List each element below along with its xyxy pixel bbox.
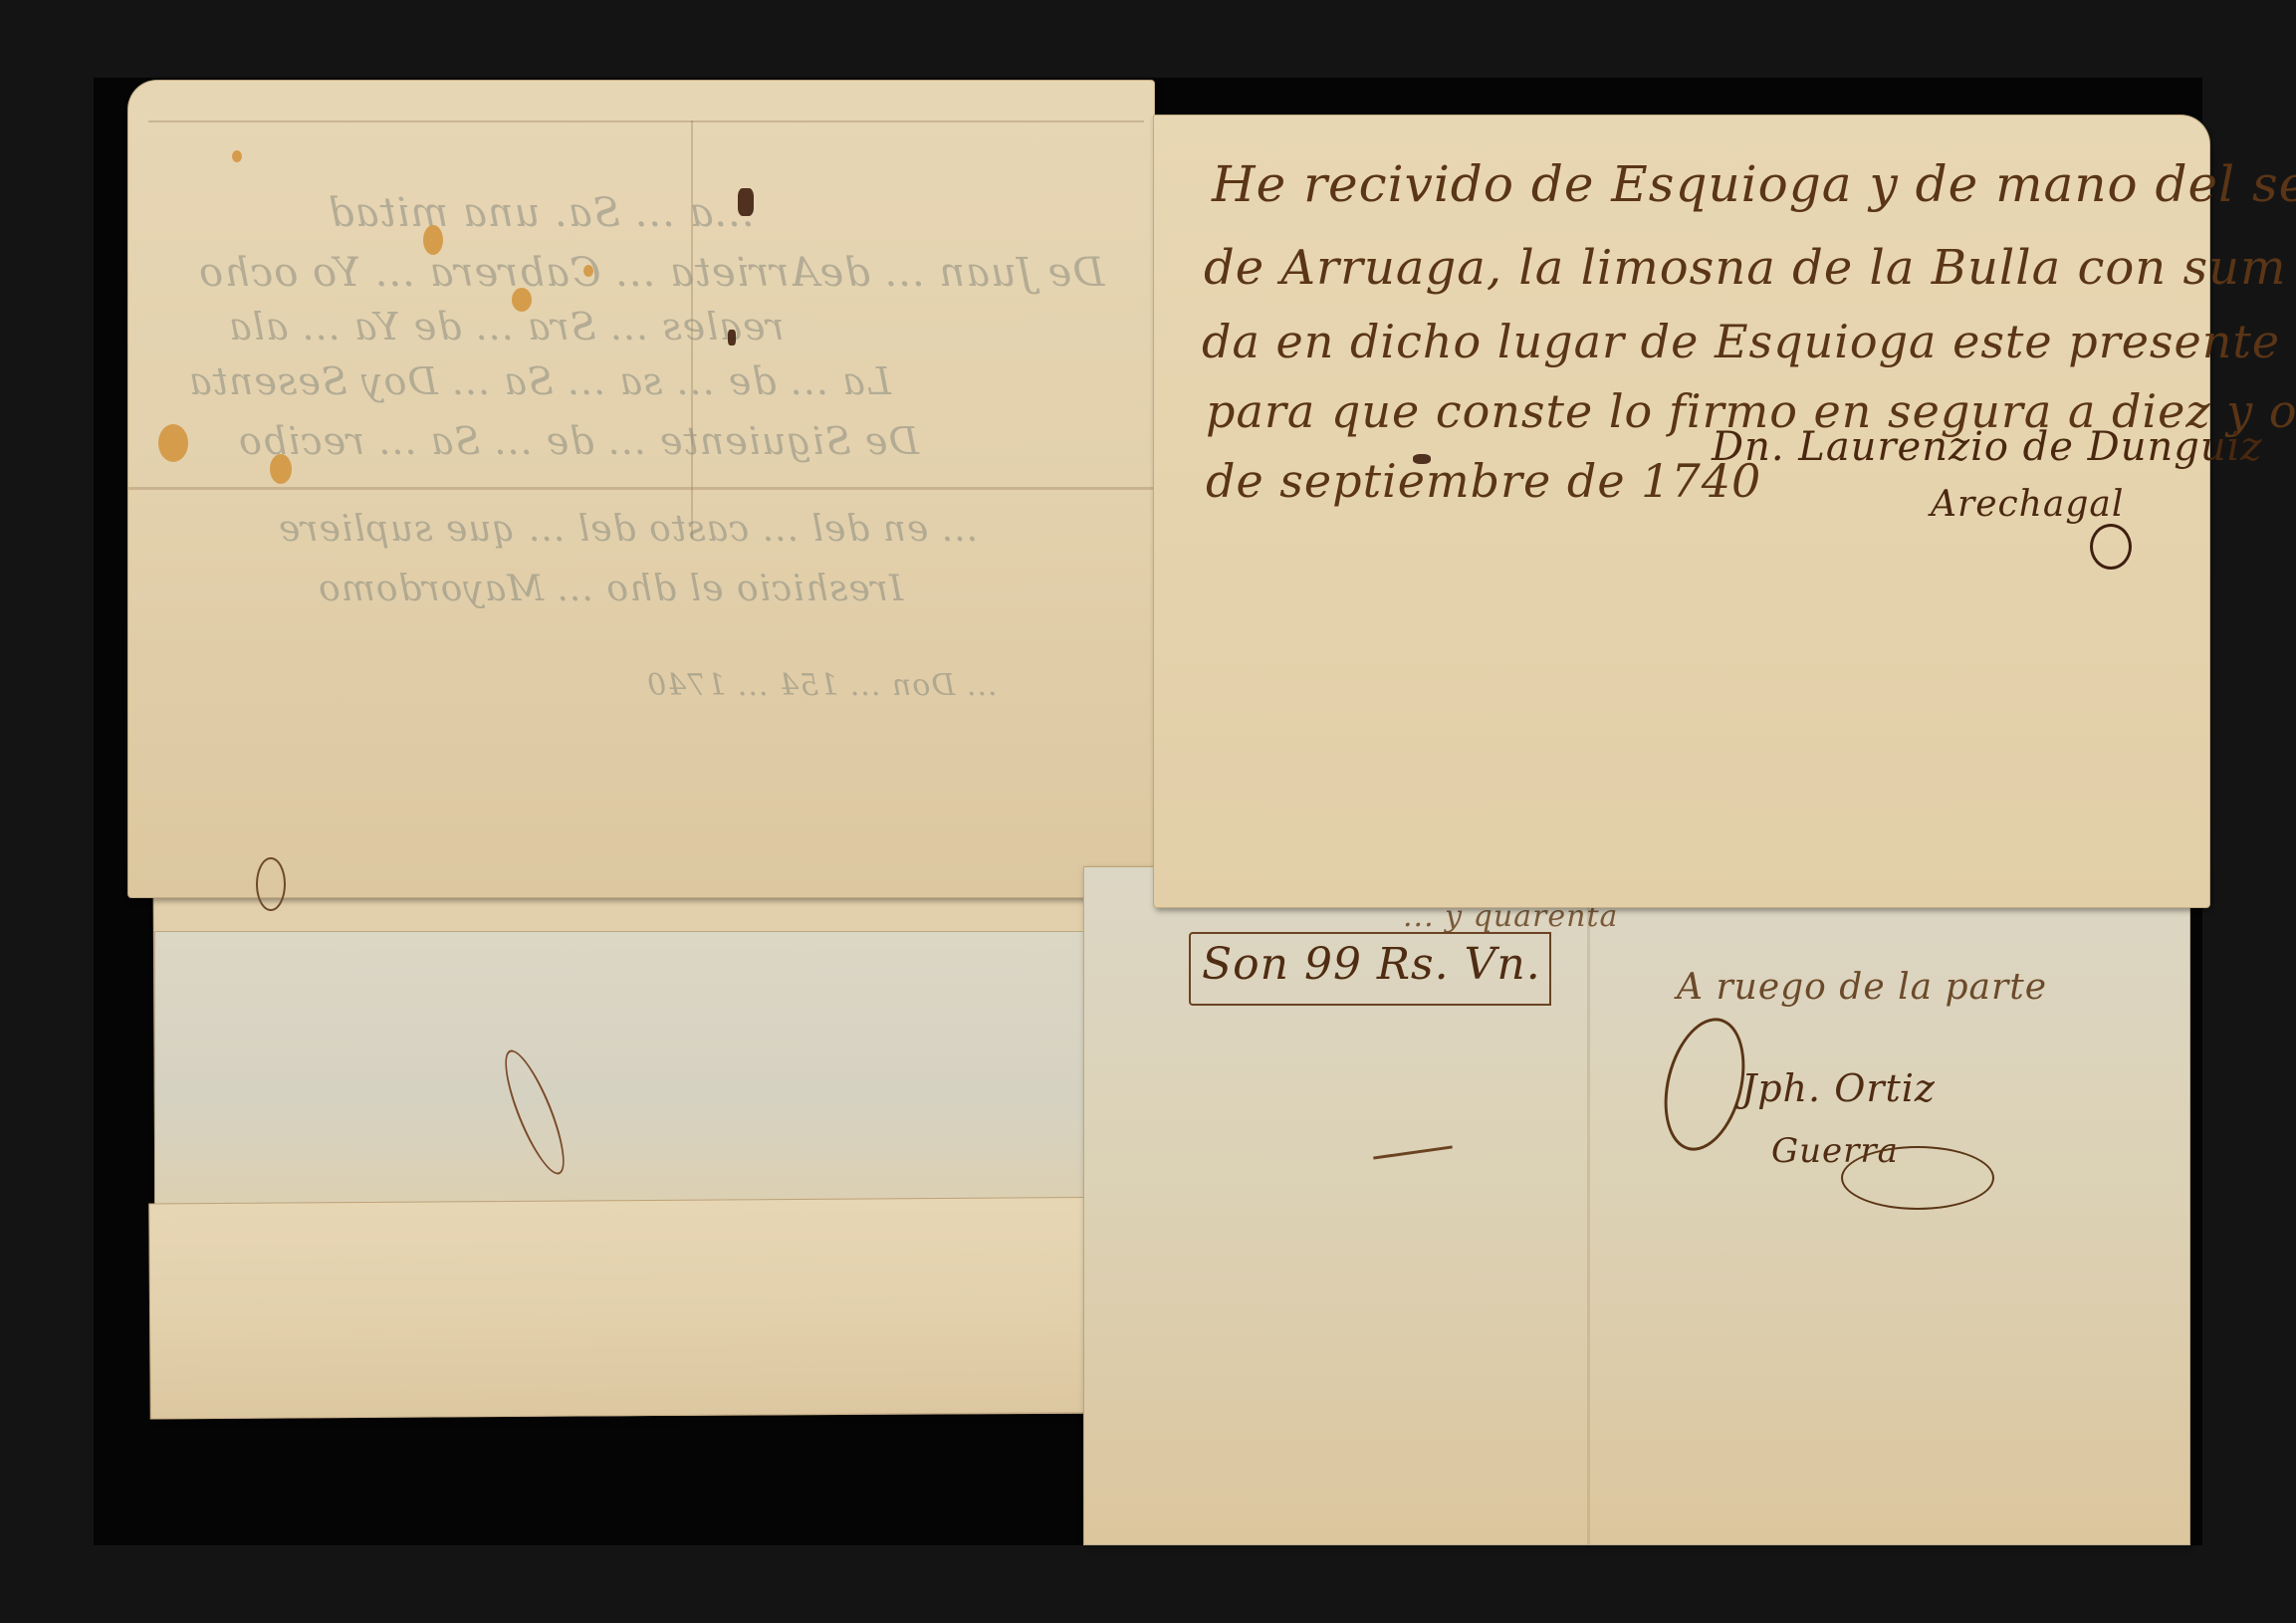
bleed-through-line-8: ... Don ... 154 ... 1740 (646, 668, 998, 703)
left-top-sheet: ...a ... Sa. una mitad De Juan ... deArr… (127, 80, 1155, 898)
bleed-through-line-5: De Siguiente ... de ... Sa ... recibo (238, 419, 919, 463)
ink-blot (1413, 454, 1431, 464)
orange-stain (158, 424, 188, 462)
ink-blot (738, 188, 754, 216)
bleed-through-line-4: La ... de ... sa ... Sa ... Doy Sesenta (188, 359, 891, 403)
bleed-through-line-6: ... en del ... casto del ... que suplier… (278, 509, 978, 550)
bleed-through-line-1: ...a ... Sa. una mitad (328, 190, 755, 236)
orange-stain (423, 225, 443, 255)
second-signature-name: Jph. Ortiz (1741, 1066, 1936, 1110)
horizontal-fold-line (128, 487, 1154, 490)
first-signature-name: Dn. Laurenzio de Dunguiz (1712, 424, 2262, 470)
orange-stain (270, 454, 292, 484)
receipt-line-2: de Arruaga, la limosna de la Bulla con s… (1204, 240, 2287, 296)
bleed-through-line-3: reales ... Sra ... de Ya ... ala (228, 305, 785, 348)
left-middle-sheet (154, 931, 1147, 1207)
right-lower-sheet: ... y quarenta Son 99 Rs. Vn. A ruego de… (1083, 866, 2190, 1545)
receipt-line-5-date: de septiembre de 1740 (1206, 454, 1761, 508)
attestation-text: A ruego de la parte (1677, 967, 2047, 1008)
right-upper-sheet: He recivido de Esquioga y de mano del se… (1153, 115, 2210, 908)
bleed-through-line-2: De Juan ... deArrieta ... Cabrera ... Yo… (198, 250, 1104, 296)
bleed-through-line-7: Ireshicio el dho ... Mayordomo (318, 569, 903, 609)
orange-stain (232, 150, 242, 162)
pen-loop-mark (256, 857, 286, 911)
vertical-fold-line (1587, 867, 1590, 1544)
top-border-line (148, 120, 1144, 122)
left-bottom-flap (148, 1196, 1152, 1419)
first-signature-surname: Arechagal (1931, 484, 2124, 525)
pen-stroke-mark (1373, 1145, 1453, 1159)
orange-stain (583, 265, 593, 277)
receipt-line-3: da en dicho lugar de Esquioga este prese… (1202, 315, 2296, 368)
amount-total: Son 99 Rs. Vn. (1202, 939, 1541, 990)
receipt-line-1: He recivido de Esquioga y de mano del se… (1212, 155, 2296, 213)
orange-stain (512, 288, 532, 312)
signature-rubric (1841, 1146, 1994, 1210)
signature-rubric (2090, 524, 2132, 570)
ink-blot (728, 330, 736, 346)
